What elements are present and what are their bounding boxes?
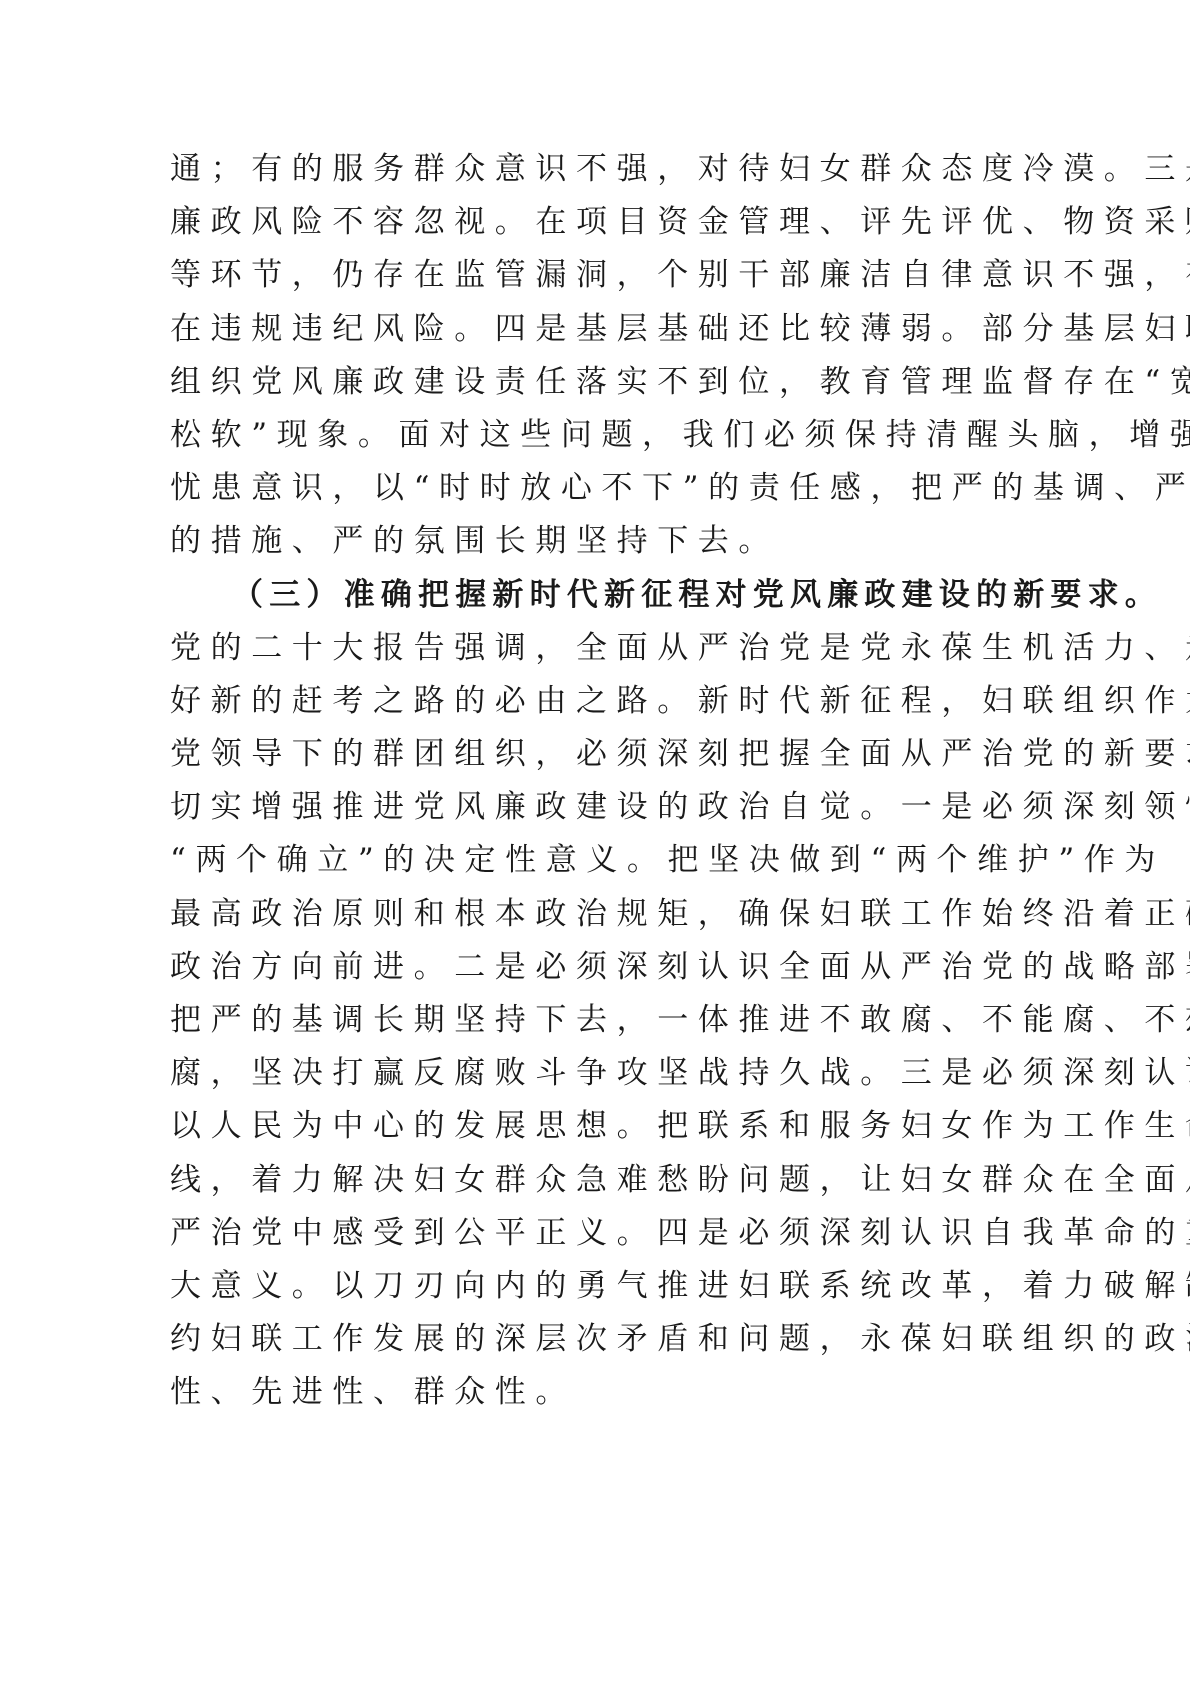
section-new-requirements: （三）准确把握新时代新征程对党风廉政建设的新要求。 党的二十大报告强调，全面从严… — [170, 569, 1030, 1420]
section-heading-line: （三）准确把握新时代新征程对党风廉政建设的新要求。 — [170, 569, 1030, 622]
text-line: 性、先进性、群众性。 — [170, 1366, 1030, 1419]
text-line: 线，着力解决妇女群众急难愁盼问题，让妇女群众在全面从 — [170, 1154, 1030, 1207]
text-line: 党领导下的群团组织，必须深刻把握全面从严治党的新要求， — [170, 728, 1030, 781]
text-line: 政治方向前进。二是必须深刻认识全面从严治党的战略部署。 — [170, 941, 1030, 994]
text-line: 把严的基调长期坚持下去，一体推进不敢腐、不能腐、不想 — [170, 994, 1030, 1047]
text-line: 的措施、严的氛围长期坚持下去。 — [170, 515, 1030, 568]
document-page: 通；有的服务群众意识不强，对待妇女群众态度冷漠。三是 廉政风险不容忽视。在项目资… — [170, 143, 1030, 1420]
text-line: 党的二十大报告强调，全面从严治党是党永葆生机活力、走 — [170, 622, 1030, 675]
text-line: 约妇联工作发展的深层次矛盾和问题，永葆妇联组织的政治 — [170, 1313, 1030, 1366]
text-line: 腐，坚决打赢反腐败斗争攻坚战持久战。三是必须深刻认识 — [170, 1047, 1030, 1100]
text-line: “两个确立”的决定性意义。把坚决做到“两个维护”作为 — [170, 834, 1030, 887]
text-line: 组织党风廉政建设责任落实不到位，教育管理监督存在“宽 — [170, 356, 1030, 409]
text-line: 通；有的服务群众意识不强，对待妇女群众态度冷漠。三是 — [170, 143, 1030, 196]
paragraph-risks: 通；有的服务群众意识不强，对待妇女群众态度冷漠。三是 廉政风险不容忽视。在项目资… — [170, 143, 1030, 569]
text-line: 最高政治原则和根本政治规矩，确保妇联工作始终沿着正确 — [170, 888, 1030, 941]
text-line: 忧患意识，以“时时放心不下”的责任感，把严的基调、严 — [170, 462, 1030, 515]
text-line: 切实增强推进党风廉政建设的政治自觉。一是必须深刻领悟 — [170, 781, 1030, 834]
text-line: 廉政风险不容忽视。在项目资金管理、评先评优、物资采购 — [170, 196, 1030, 249]
text-line: 好新的赶考之路的必由之路。新时代新征程，妇联组织作为 — [170, 675, 1030, 728]
text-line: 松软”现象。面对这些问题，我们必须保持清醒头脑，增强 — [170, 409, 1030, 462]
text-line: 在违规违纪风险。四是基层基础还比较薄弱。部分基层妇联 — [170, 303, 1030, 356]
text-line: 严治党中感受到公平正义。四是必须深刻认识自我革命的重 — [170, 1207, 1030, 1260]
text-line: 等环节，仍存在监管漏洞，个别干部廉洁自律意识不强，存 — [170, 249, 1030, 302]
text-line: 大意义。以刀刃向内的勇气推进妇联系统改革，着力破解制 — [170, 1260, 1030, 1313]
text-line: 以人民为中心的发展思想。把联系和服务妇女作为工作生命 — [170, 1100, 1030, 1153]
section-heading: （三）准确把握新时代新征程对党风廉政建设的新要求。 — [232, 577, 1162, 613]
